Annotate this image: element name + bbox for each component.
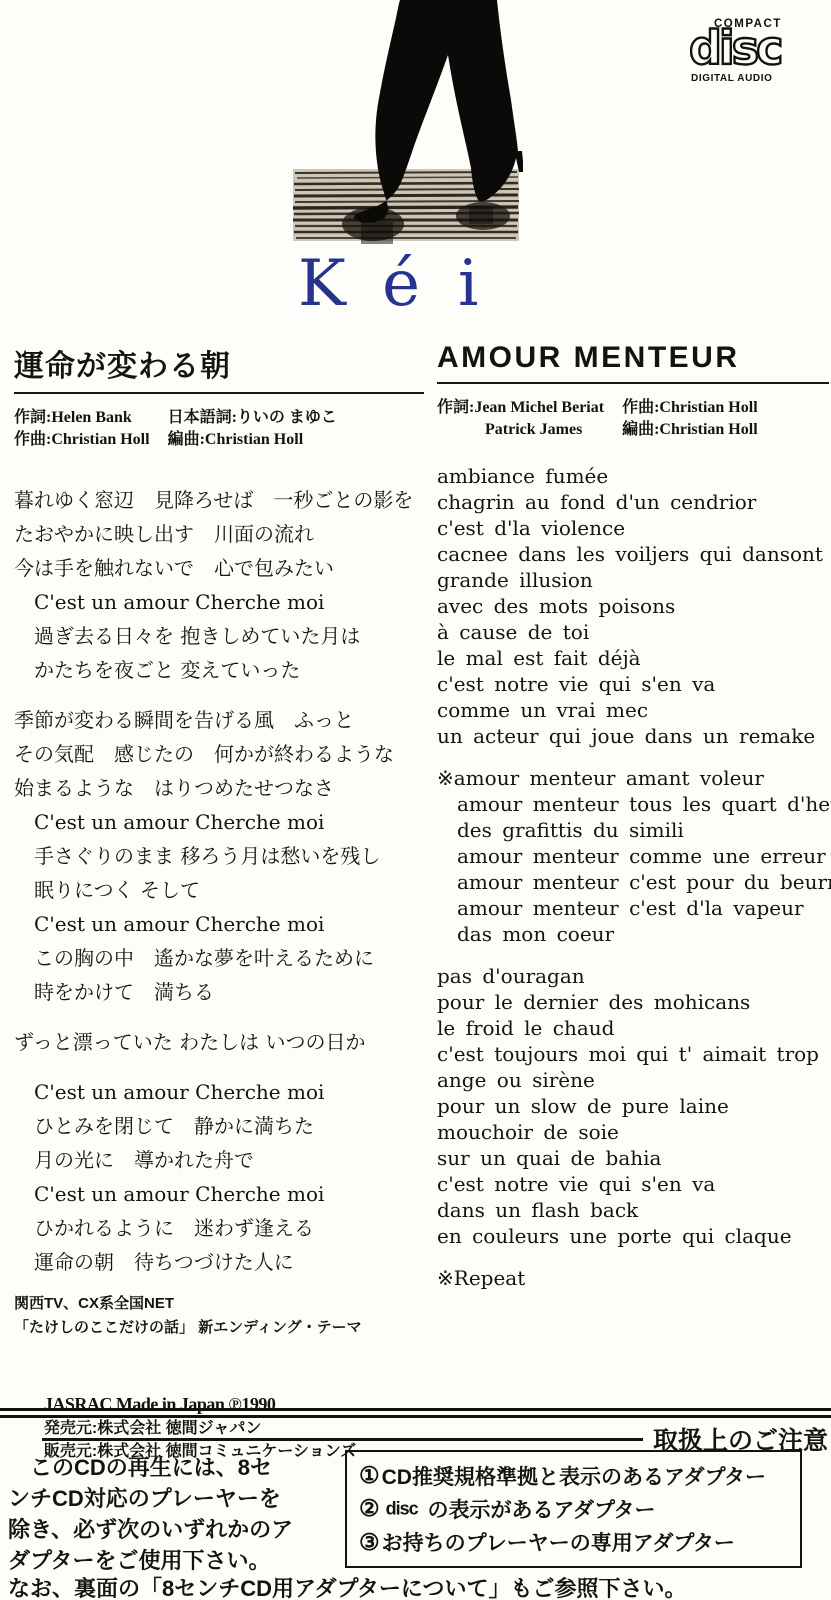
double-rule-divider (0, 1408, 831, 1418)
stanza-gap (437, 1249, 829, 1265)
stanza-gap (14, 1059, 424, 1075)
text-line: 手さぐりのまま 移ろう月は愁いを残し (14, 839, 424, 873)
artist-name: Kéi (298, 244, 538, 324)
text-line: 作詞:Helen Bank (14, 407, 150, 429)
text-line: ずっと漂っていた わたしは いつの日か (14, 1025, 424, 1059)
text-line: 作曲:Christian Holl (622, 397, 758, 419)
text-line: 今は手を触れないで 心で包みたい (14, 551, 424, 585)
text-line: C'est un amour Cherche moi (14, 907, 424, 941)
text-line: この胸の中 遙かな夢を叶えるために (14, 941, 424, 975)
text-line: C'est un amour Cherche moi (14, 805, 424, 839)
text-line: 暮れゆく窓辺 見降ろせば 一秒ごとの影を (14, 483, 424, 517)
text-line: c'est d'la violence (437, 515, 829, 541)
text-line: ひとみを閉じて 静かに満ちた (14, 1109, 424, 1143)
text-line: en couleurs une porte qui claque (437, 1223, 829, 1249)
adapter-option-3-text: お持ちのプレーヤーの専用アダプター (382, 1527, 735, 1557)
text-line: かたちを夜ごと 変えていった (14, 653, 424, 687)
left-song-credits-col1: 作詞:Helen Bank作曲:Christian Holl (14, 407, 150, 451)
text-line: 「たけしのここだけの話」 新エンディング・テーマ (14, 1316, 362, 1340)
text-line: 編曲:Christian Holl (622, 419, 758, 441)
text-line: pour le dernier des mohicans (437, 989, 829, 1015)
text-line: ※Repeat (437, 1265, 829, 1291)
text-line: das mon coeur (437, 921, 829, 947)
adapter-option-2-text: の表示があるアダプター (422, 1494, 656, 1524)
text-line: たおやかに映し出す 川面の流れ (14, 517, 424, 551)
cd-logo-digital-audio-text: DIGITAL AUDIO (691, 73, 773, 84)
text-line: c'est notre vie qui s'en va (437, 1171, 829, 1197)
compact-disc-logo: COMPACT disc DIGITAL AUDIO (690, 14, 788, 86)
text-line: c'est notre vie qui s'en va (437, 671, 829, 697)
text-line: C'est un amour Cherche moi (14, 1075, 424, 1109)
right-song-column: AMOUR MENTEUR 作詞:Jean Michel Beriat Patr… (437, 341, 829, 1291)
text-line: 時をかけて 満ちる (14, 975, 424, 1009)
tv-tieup-note: 関西TV、CX系全国NET「たけしのここだけの話」 新エンディング・テーマ (14, 1292, 362, 1340)
cd-logo-mini: disc (386, 1498, 418, 1520)
text-line: このCDの再生には、8セ (8, 1452, 343, 1483)
text-line: avec des mots poisons (437, 593, 829, 619)
text-line: 作詞:Jean Michel Beriat (437, 397, 604, 419)
text-line: ※amour menteur amant voleur (437, 765, 829, 791)
text-line: 関西TV、CX系全国NET (14, 1292, 362, 1316)
right-song-title: AMOUR MENTEUR (437, 341, 829, 384)
text-line: 日本語詞:りいの まゆこ (168, 407, 337, 429)
text-line: 始まるような はりつめたせつなさ (14, 771, 424, 805)
text-line: 眠りにつく そして (14, 873, 424, 907)
text-line: ンチCD対応のプレーヤーを (8, 1483, 343, 1514)
text-line: à cause de toi (437, 619, 829, 645)
left-song-credits-col2: 日本語詞:りいの まゆこ編曲:Christian Holl (168, 407, 337, 451)
text-line: 除き、必ず次のいずれかのア (8, 1514, 343, 1545)
stanza-gap (437, 947, 829, 963)
circled-2-marker: ② (359, 1495, 380, 1522)
text-line: amour menteur c'est d'la vapeur (437, 895, 829, 921)
right-song-credits: 作詞:Jean Michel Beriat Patrick James 作曲:C… (437, 397, 829, 441)
front-foot-reflection (361, 222, 393, 244)
text-line: 過ぎ去る日々を 抱きしめていた月は (14, 619, 424, 653)
header-rule-line (42, 1438, 643, 1441)
text-line: mouchoir de soie (437, 1119, 829, 1145)
adapter-option-1-text: CD推奨規格準拠と表示のあるアダプター (382, 1461, 766, 1491)
text-line: le mal est fait déjà (437, 645, 829, 671)
text-line: その気配 感じたの 何かが終わるような (14, 737, 424, 771)
left-song-lyrics: 暮れゆく窓辺 見降ろせば 一秒ごとの影をたおやかに映し出す 川面の流れ今は手を触… (14, 483, 424, 1279)
right-song-lyrics: ambiance fuméechagrin au fond d'un cendr… (437, 463, 829, 1291)
text-line: ange ou sirène (437, 1067, 829, 1093)
text-line: grande illusion (437, 567, 829, 593)
text-line: ambiance fumée (437, 463, 829, 489)
text-line: 作曲:Christian Holl (14, 429, 150, 451)
right-song-credits-col2: 作曲:Christian Holl編曲:Christian Holl (622, 397, 758, 441)
adapter-option-3: ③ お持ちのプレーヤーの専用アダプター (359, 1527, 788, 1557)
stanza-gap (437, 749, 829, 765)
notice-intro-paragraph: このCDの再生には、8センチCD対応のプレーヤーを除き、必ず次のいずれかのアダプ… (8, 1452, 343, 1576)
circled-3-marker: ③ (359, 1529, 380, 1556)
text-line: comme un vrai mec (437, 697, 829, 723)
adapter-options-box: ① CD推奨規格準拠と表示のあるアダプター ② disc の表示があるアダプター… (345, 1450, 802, 1568)
back-foot-reflection (469, 206, 493, 224)
circled-1-marker: ① (359, 1462, 380, 1489)
text-line: pour un slow de pure laine (437, 1093, 829, 1119)
stanza-gap (14, 1009, 424, 1025)
text-line: C'est un amour Cherche moi (14, 585, 424, 619)
text-line: sur un quai de bahia (437, 1145, 829, 1171)
text-line: 月の光に 導かれた舟で (14, 1143, 424, 1177)
text-line: C'est un amour Cherche moi (14, 1177, 424, 1211)
text-line: chagrin au fond d'un cendrior (437, 489, 829, 515)
adapter-option-1: ① CD推奨規格準拠と表示のあるアダプター (359, 1461, 788, 1491)
text-line: des grafittis du simili (437, 817, 829, 843)
text-line: c'est toujours moi qui t' aimait trop (437, 1041, 829, 1067)
text-line: 編曲:Christian Holl (168, 429, 337, 451)
text-line: amour menteur c'est pour du beurre (437, 869, 829, 895)
stanza-gap (14, 687, 424, 703)
text-line: 運命の朝 待ちつづけた人に (14, 1245, 424, 1279)
left-song-credits: 作詞:Helen Bank作曲:Christian Holl 日本語詞:りいの … (14, 407, 424, 451)
cd-logo-disc-text: disc (690, 21, 781, 75)
text-line: le froid le chaud (437, 1015, 829, 1041)
notice-footer-line: なお、裏面の「8センチCD用アダプターについて」もご参照下さい。 (8, 1572, 687, 1600)
text-line: ひかれるように 迷わず逢える (14, 1211, 424, 1245)
text-line: un acteur qui joue dans un remake (437, 723, 829, 749)
text-line: pas d'ouragan (437, 963, 829, 989)
right-song-credits-col1: 作詞:Jean Michel Beriat Patrick James (437, 397, 604, 441)
text-line: Patrick James (437, 419, 604, 441)
text-line: 季節が変わる瞬間を告げる風 ふっと (14, 703, 424, 737)
text-line: amour menteur comme une erreur (437, 843, 829, 869)
adapter-option-2: ② disc の表示があるアダプター (359, 1494, 788, 1524)
text-line: amour menteur tous les quart d'heure (437, 791, 829, 817)
text-line: dans un flash back (437, 1197, 829, 1223)
left-song-column: 運命が変わる朝 作詞:Helen Bank作曲:Christian Holl 日… (14, 341, 424, 1279)
legs-silhouette-photo (285, 0, 523, 250)
left-song-title: 運命が変わる朝 (14, 341, 424, 394)
text-line: cacnee dans les voiljers qui dansont (437, 541, 829, 567)
